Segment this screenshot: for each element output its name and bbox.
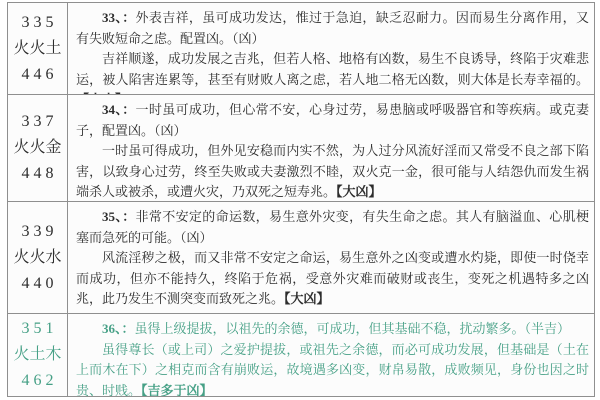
luck-tag: 【吉多于凶】 [141,383,213,397]
summary-text: 外表吉祥，虽可成功发达，惟过于急迫，缺乏忍耐力。因而易生分离作用，又有失败短命之… [76,10,589,46]
code-numbers-top: 3 5 1 [22,316,54,342]
detail-paragraph: 一时虽可得成功，但外见安稳而内实不然，为人过分风流好淫而又常受不良之部下陷害，以… [76,141,589,201]
description-cell: 33、：外表吉祥，虽可成功发达，惟过于急迫，缺乏忍耐力。因而易生分离作用，又有失… [68,3,594,94]
summary-paragraph: 33、：外表吉祥，虽可成功发达，惟过于急迫，缺乏忍耐力。因而易生分离作用，又有失… [76,8,589,49]
code-elements: 火火水 [13,245,61,271]
description-cell: 34、：一时虽可成功，但心常不安，心身过劳，易患脑或呼吸器官和等疾病。或克妻子，… [68,95,594,201]
detail-text: 风流淫秽之极，而又非常不安定之命运，易生意外之凶变或遭水灼毙，即使一时侥幸而成功… [76,250,589,306]
code-numbers-top: 3 3 5 [22,10,54,36]
code-elements: 火火土 [13,36,61,62]
entry-number: 36、： [102,321,135,336]
summary-paragraph: 34、：一时虽可成功，但心常不安，心身过劳，易患脑或呼吸器官和等疾病。或克妻子，… [76,100,589,141]
detail-text: 一时虽可得成功，但外见安稳而内实不然，为人过分风流好淫而又常受不良之部下陷害，以… [76,143,589,199]
numerology-table: 3 3 5 火火土 4 4 6 33、：外表吉祥，虽可成功发达，惟过于急迫，缺乏… [7,2,595,397]
summary-text: 虽得上级提拔，以祖先的余德，可成功，但其基础不稳，扰动繁多。（半吉） [135,321,571,336]
code-numbers-top: 3 3 9 [22,219,54,245]
code-numbers-bottom: 4 6 2 [22,368,54,394]
summary-text: 一时虽可成功，但心常不安，心身过劳，易患脑或呼吸器官和等疾病。或克妻子，配置凶。… [76,102,589,138]
description-cell: 36、：虽得上级提拔，以祖先的余德，可成功，但其基础不稳，扰动繁多。（半吉） 虽… [68,314,594,396]
code-numbers-top: 3 3 7 [22,109,54,135]
detail-paragraph: 风流淫秽之极，而又非常不安定之命运，易生意外之凶变或遭水灼毙，即使一时侥幸而成功… [76,248,589,310]
entry-number: 35、： [102,209,136,224]
luck-tag: 【大凶】 [336,184,382,199]
code-elements: 火土木 [13,342,61,368]
luck-tag: 【大凶】 [284,291,330,306]
code-numbers-bottom: 4 4 0 [22,271,54,297]
table-row: 3 3 7 火火金 4 4 8 34、：一时虽可成功，但心常不安，心身过劳，易患… [8,95,594,202]
table-row: 3 3 9 火火水 4 4 0 35、：非常不安定的命运数，易生意外灾变，有失生… [8,202,594,314]
summary-paragraph: 35、：非常不安定的命运数，易生意外灾变，有失生命之虑。其人有脑溢血、心肌梗塞而… [76,207,589,248]
numerology-code-cell: 3 3 9 火火水 4 4 0 [8,202,68,313]
entry-number: 33、： [102,10,136,25]
luck-tag: 【大吉】 [76,92,128,94]
numerology-code-cell: 3 5 1 火土木 4 6 2 [8,314,68,396]
summary-paragraph: 36、：虽得上级提拔，以祖先的余德，可成功，但其基础不稳，扰动繁多。（半吉） [76,319,589,340]
detail-text: 吉祥顺遂，成功发展之吉兆，但若人格、地格有凶数，易生不良诱导，终陷于灾难悲运，被… [76,51,589,87]
entry-number: 34、： [102,102,136,117]
code-numbers-bottom: 4 4 8 [22,161,54,187]
table-row: 3 5 1 火土木 4 6 2 36、：虽得上级提拔，以祖先的余德，可成功，但其… [8,314,594,396]
detail-paragraph: 吉祥顺遂，成功发展之吉兆，但若人格、地格有凶数，易生不良诱导，终陷于灾难悲运，被… [76,49,589,94]
summary-text: 非常不安定的命运数，易生意外灾变，有失生命之虑。其人有脑溢血、心肌梗塞而急死的可… [76,209,589,245]
numerology-code-cell: 3 3 7 火火金 4 4 8 [8,95,68,201]
detail-paragraph: 虽得尊长（或上司）之爱护提拔，或祖先之余德，而必可成功发展，但基础是（土在上而木… [76,340,589,397]
description-cell: 35、：非常不安定的命运数，易生意外灾变，有失生命之虑。其人有脑溢血、心肌梗塞而… [68,202,594,313]
code-elements: 火火金 [13,135,61,161]
numerology-code-cell: 3 3 5 火火土 4 4 6 [8,3,68,94]
code-numbers-bottom: 4 4 6 [22,62,54,88]
table-row: 3 3 5 火火土 4 4 6 33、：外表吉祥，虽可成功发达，惟过于急迫，缺乏… [8,3,594,95]
